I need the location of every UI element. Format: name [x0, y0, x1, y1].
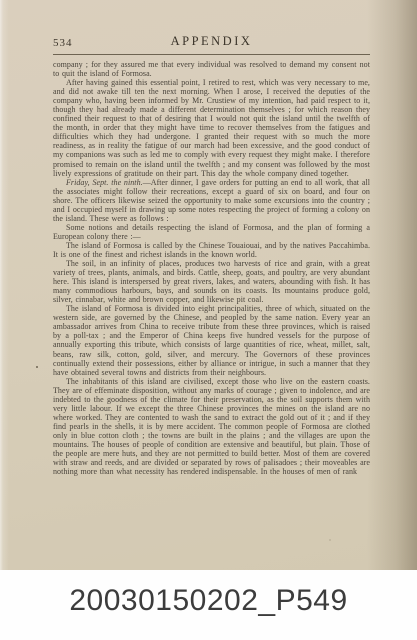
paragraph: The island of Formosa is called by the C… [53, 241, 370, 259]
paragraph: The soil, in an infinity of places, prod… [53, 259, 370, 304]
page-number: 534 [53, 37, 73, 49]
paragraph: The inhabitants of this island are civil… [53, 377, 370, 477]
paragraph: After having gained this essential point… [53, 78, 370, 178]
page-content: 534 APPENDIX company ; for they assured … [53, 34, 370, 476]
archive-id: 20030150202_P549 [69, 584, 347, 626]
archive-label-strip: 20030150202_P549 [0, 570, 417, 640]
paragraph: Some notions and details respecting the … [53, 223, 370, 241]
paragraph: Friday, Sept. the ninth.—After dinner, I… [53, 178, 370, 223]
header-title: APPENDIX [53, 34, 370, 49]
header-rule-divider [53, 54, 370, 55]
paragraph: The island of Formosa is divided into ei… [53, 304, 370, 376]
paragraph: company ; for they assured me that every… [53, 60, 370, 78]
body-text: company ; for they assured me that every… [53, 60, 370, 476]
scanned-book-page: 534 APPENDIX company ; for they assured … [0, 0, 417, 640]
running-header: 534 APPENDIX [53, 34, 370, 51]
book-page: 534 APPENDIX company ; for they assured … [0, 0, 417, 570]
date-heading: Friday, Sept. the ninth. [66, 178, 143, 187]
